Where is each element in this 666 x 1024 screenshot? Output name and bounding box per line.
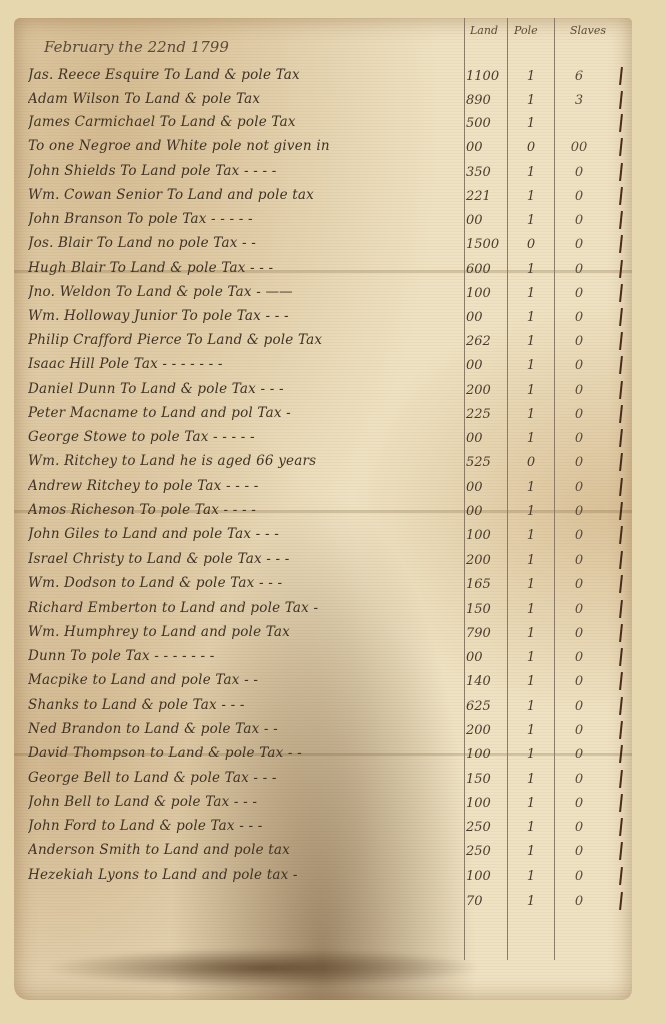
land-value: 790 (466, 626, 512, 641)
table-row: 7010 (14, 890, 632, 916)
slaves-value: 0 (564, 577, 594, 592)
pole-value: 1 (521, 286, 541, 301)
pole-value: 1 (521, 334, 541, 349)
land-value: 250 (466, 820, 512, 835)
document-date-title: February the 22nd 1799 (44, 38, 229, 56)
land-value: 250 (466, 844, 512, 859)
land-value: 200 (466, 553, 512, 568)
pole-value: 1 (521, 553, 541, 568)
land-value: 100 (466, 796, 512, 811)
entry-description: Jos. Blair To Land no pole Tax - - (28, 235, 468, 251)
tally-mark-icon (619, 502, 623, 520)
pole-value: 1 (521, 116, 541, 131)
pole-value: 1 (521, 699, 541, 714)
slaves-value: 0 (564, 383, 594, 398)
entry-description: Philip Crafford Pierce To Land & pole Ta… (28, 332, 468, 348)
land-value: 00 (466, 213, 512, 228)
table-row: To one Negroe and White pole not given i… (14, 136, 632, 162)
slaves-value: 0 (564, 602, 594, 617)
tally-mark-icon (619, 478, 623, 496)
table-row: Andrew Ritchey to pole Tax - - - -0010 (14, 476, 632, 502)
tally-mark-icon (619, 526, 623, 544)
slaves-value: 0 (564, 894, 594, 909)
table-row: John Bell to Land & pole Tax - - -10010 (14, 792, 632, 818)
land-value: 150 (466, 602, 512, 617)
tally-mark-icon (619, 356, 623, 374)
slaves-value: 6 (564, 69, 594, 84)
land-value: 165 (466, 577, 512, 592)
slaves-value: 0 (564, 455, 594, 470)
land-value: 1100 (466, 69, 512, 84)
pole-value: 1 (521, 93, 541, 108)
table-row: Hugh Blair To Land & pole Tax - - -60010 (14, 258, 632, 284)
header-land: Land (470, 24, 498, 37)
entry-description: George Stowe to pole Tax - - - - - (28, 429, 468, 445)
table-row: Peter Macname to Land and pol Tax -22510 (14, 403, 632, 429)
tally-mark-icon (619, 308, 623, 326)
pole-value: 1 (521, 431, 541, 446)
entry-description: John Bell to Land & pole Tax - - - (28, 794, 468, 810)
tally-mark-icon (619, 818, 623, 836)
slaves-value: 0 (564, 869, 594, 884)
slaves-value: 0 (564, 262, 594, 277)
entry-description: George Bell to Land & pole Tax - - - (28, 770, 468, 786)
tally-mark-icon (619, 672, 623, 690)
table-row: Wm. Humphrey to Land and pole Tax79010 (14, 622, 632, 648)
entry-description: Jno. Weldon To Land & pole Tax - —— (28, 284, 468, 300)
table-row: Dunn To pole Tax - - - - - - -0010 (14, 646, 632, 672)
land-value: 00 (466, 650, 512, 665)
entry-description: Peter Macname to Land and pol Tax - (28, 405, 468, 421)
tally-mark-icon (619, 332, 623, 350)
entry-description: Anderson Smith to Land and pole tax (28, 842, 468, 858)
tally-mark-icon (619, 163, 623, 181)
table-row: George Bell to Land & pole Tax - - -1501… (14, 768, 632, 794)
tally-mark-icon (619, 697, 623, 715)
header-slaves: Slaves (570, 24, 606, 37)
entry-description: Adam Wilson To Land & pole Tax (28, 91, 468, 107)
pole-value: 1 (521, 504, 541, 519)
slaves-value: 0 (564, 165, 594, 180)
land-value: 350 (466, 165, 512, 180)
entry-description: David Thompson to Land & pole Tax - - (28, 745, 468, 761)
table-row: James Carmichael To Land & pole Tax5001 (14, 112, 632, 138)
slaves-value: 0 (564, 723, 594, 738)
land-value: 200 (466, 723, 512, 738)
table-row: Isaac Hill Pole Tax - - - - - - -0010 (14, 354, 632, 380)
pole-value: 1 (521, 528, 541, 543)
land-value: 200 (466, 383, 512, 398)
tally-mark-icon (619, 648, 623, 666)
slaves-value: 0 (564, 504, 594, 519)
tally-mark-icon (619, 624, 623, 642)
table-row: Anderson Smith to Land and pole tax25010 (14, 840, 632, 866)
slaves-value: 0 (564, 844, 594, 859)
table-row: Hezekiah Lyons to Land and pole tax -100… (14, 865, 632, 891)
pole-value: 1 (521, 480, 541, 495)
slaves-value: 0 (564, 407, 594, 422)
tally-mark-icon (619, 892, 623, 910)
table-row: David Thompson to Land & pole Tax - -100… (14, 743, 632, 769)
table-row: Jas. Reece Esquire To Land & pole Tax110… (14, 65, 632, 91)
land-value: 221 (466, 189, 512, 204)
table-row: Daniel Dunn To Land & pole Tax - - -2001… (14, 379, 632, 405)
tally-mark-icon (619, 842, 623, 860)
pole-value: 1 (521, 650, 541, 665)
entry-description: Dunn To pole Tax - - - - - - - (28, 648, 468, 664)
slaves-value: 0 (564, 237, 594, 252)
pole-value: 1 (521, 747, 541, 762)
entry-description: To one Negroe and White pole not given i… (28, 138, 468, 154)
pole-value: 1 (521, 407, 541, 422)
tally-mark-icon (619, 551, 623, 569)
entry-description: Richard Emberton to Land and pole Tax - (28, 600, 468, 616)
pole-value: 1 (521, 869, 541, 884)
tally-mark-icon (619, 745, 623, 763)
entry-description: Hezekiah Lyons to Land and pole tax - (28, 867, 468, 883)
tally-mark-icon (619, 405, 623, 423)
land-value: 150 (466, 772, 512, 787)
table-row: Israel Christy to Land & pole Tax - - -2… (14, 549, 632, 575)
tally-mark-icon (619, 794, 623, 812)
tally-mark-icon (619, 211, 623, 229)
ink-smudge (44, 948, 484, 988)
table-row: Ned Brandon to Land & pole Tax - -20010 (14, 719, 632, 745)
pole-value: 0 (521, 237, 541, 252)
table-row: Wm. Holloway Junior To pole Tax - - -001… (14, 306, 632, 332)
land-value: 00 (466, 431, 512, 446)
slaves-value: 0 (564, 747, 594, 762)
table-row: John Ford to Land & pole Tax - - -25010 (14, 816, 632, 842)
pole-value: 0 (521, 140, 541, 155)
slaves-value: 0 (564, 213, 594, 228)
tally-mark-icon (619, 867, 623, 885)
land-value: 00 (466, 140, 512, 155)
table-row: Philip Crafford Pierce To Land & pole Ta… (14, 330, 632, 356)
slaves-value: 0 (564, 480, 594, 495)
tally-mark-icon (619, 187, 623, 205)
slaves-value: 0 (564, 674, 594, 689)
slaves-value: 00 (564, 140, 594, 155)
entry-description: James Carmichael To Land & pole Tax (28, 114, 468, 130)
tally-mark-icon (619, 260, 623, 278)
pole-value: 1 (521, 383, 541, 398)
table-row: Wm. Cowan Senior To Land and pole tax221… (14, 185, 632, 211)
table-row: George Stowe to pole Tax - - - - -0010 (14, 427, 632, 453)
entry-description: John Giles to Land and pole Tax - - - (28, 526, 468, 542)
pole-value: 1 (521, 772, 541, 787)
table-row: John Shields To Land pole Tax - - - -350… (14, 161, 632, 187)
land-value: 70 (466, 894, 512, 909)
slaves-value: 0 (564, 528, 594, 543)
pole-value: 1 (521, 213, 541, 228)
land-value: 00 (466, 504, 512, 519)
entry-description: Ned Brandon to Land & pole Tax - - (28, 721, 468, 737)
tally-mark-icon (619, 721, 623, 739)
entry-description: Wm. Dodson to Land & pole Tax - - - (28, 575, 468, 591)
entry-description: Wm. Holloway Junior To pole Tax - - - (28, 308, 468, 324)
tally-mark-icon (619, 381, 623, 399)
slaves-value: 0 (564, 358, 594, 373)
pole-value: 1 (521, 165, 541, 180)
land-value: 00 (466, 358, 512, 373)
pole-value: 1 (521, 723, 541, 738)
land-value: 500 (466, 116, 512, 131)
pole-value: 1 (521, 262, 541, 277)
entry-description: Isaac Hill Pole Tax - - - - - - - (28, 356, 468, 372)
pole-value: 1 (521, 189, 541, 204)
table-row: Macpike to Land and pole Tax - -14010 (14, 670, 632, 696)
slaves-value: 0 (564, 820, 594, 835)
entry-description: Wm. Humphrey to Land and pole Tax (28, 624, 468, 640)
entry-description: Andrew Ritchey to pole Tax - - - - (28, 478, 468, 494)
pole-value: 0 (521, 455, 541, 470)
tally-mark-icon (619, 429, 623, 447)
entry-description: John Branson To pole Tax - - - - - (28, 211, 468, 227)
entry-description: Israel Christy to Land & pole Tax - - - (28, 551, 468, 567)
table-row: Shanks to Land & pole Tax - - -62510 (14, 695, 632, 721)
slaves-value: 0 (564, 286, 594, 301)
land-value: 00 (466, 480, 512, 495)
tally-mark-icon (619, 138, 623, 156)
entry-description: Wm. Ritchey to Land he is aged 66 years (28, 453, 468, 469)
land-value: 225 (466, 407, 512, 422)
table-row: Wm. Ritchey to Land he is aged 66 years5… (14, 451, 632, 477)
slaves-value: 0 (564, 431, 594, 446)
tally-mark-icon (619, 235, 623, 253)
entry-description: Macpike to Land and pole Tax - - (28, 672, 468, 688)
slaves-value: 0 (564, 189, 594, 204)
entry-description: John Shields To Land pole Tax - - - - (28, 163, 468, 179)
slaves-value: 0 (564, 334, 594, 349)
pole-value: 1 (521, 358, 541, 373)
table-row: Amos Richeson To pole Tax - - - -0010 (14, 500, 632, 526)
land-value: 100 (466, 869, 512, 884)
land-value: 525 (466, 455, 512, 470)
slaves-value: 0 (564, 310, 594, 325)
slaves-value: 0 (564, 553, 594, 568)
land-value: 100 (466, 286, 512, 301)
tally-mark-icon (619, 575, 623, 593)
pole-value: 1 (521, 310, 541, 325)
pole-value: 1 (521, 69, 541, 84)
table-row: Jos. Blair To Land no pole Tax - -150000 (14, 233, 632, 259)
pole-value: 1 (521, 844, 541, 859)
slaves-value: 0 (564, 650, 594, 665)
entry-description: Daniel Dunn To Land & pole Tax - - - (28, 381, 468, 397)
pole-value: 1 (521, 674, 541, 689)
land-value: 100 (466, 528, 512, 543)
table-row: Richard Emberton to Land and pole Tax -1… (14, 598, 632, 624)
slaves-value: 0 (564, 796, 594, 811)
tally-mark-icon (619, 770, 623, 788)
slaves-value: 3 (564, 93, 594, 108)
entry-description: John Ford to Land & pole Tax - - - (28, 818, 468, 834)
land-value: 1500 (466, 237, 512, 252)
land-value: 140 (466, 674, 512, 689)
entry-description: Hugh Blair To Land & pole Tax - - - (28, 260, 468, 276)
tally-mark-icon (619, 600, 623, 618)
entry-description: Amos Richeson To pole Tax - - - - (28, 502, 468, 518)
table-row: John Giles to Land and pole Tax - - -100… (14, 524, 632, 550)
pole-value: 1 (521, 602, 541, 617)
entry-description: Wm. Cowan Senior To Land and pole tax (28, 187, 468, 203)
pole-value: 1 (521, 894, 541, 909)
tally-mark-icon (619, 67, 623, 85)
table-row: Jno. Weldon To Land & pole Tax - ——10010 (14, 282, 632, 308)
tally-mark-icon (619, 284, 623, 302)
pole-value: 1 (521, 626, 541, 641)
manuscript-page: Land Pole Slaves February the 22nd 1799 … (14, 18, 632, 1000)
table-row: Wm. Dodson to Land & pole Tax - - -16510 (14, 573, 632, 599)
pole-value: 1 (521, 577, 541, 592)
land-value: 100 (466, 747, 512, 762)
tally-mark-icon (619, 453, 623, 471)
tally-mark-icon (619, 114, 623, 132)
table-row: John Branson To pole Tax - - - - -0010 (14, 209, 632, 235)
land-value: 262 (466, 334, 512, 349)
pole-value: 1 (521, 820, 541, 835)
entry-description: Jas. Reece Esquire To Land & pole Tax (28, 67, 468, 83)
land-value: 625 (466, 699, 512, 714)
header-pole: Pole (514, 24, 538, 37)
land-value: 890 (466, 93, 512, 108)
slaves-value: 0 (564, 699, 594, 714)
entry-description: Shanks to Land & pole Tax - - - (28, 697, 468, 713)
land-value: 600 (466, 262, 512, 277)
tally-mark-icon (619, 91, 623, 109)
slaves-value: 0 (564, 772, 594, 787)
slaves-value: 0 (564, 626, 594, 641)
land-value: 00 (466, 310, 512, 325)
pole-value: 1 (521, 796, 541, 811)
